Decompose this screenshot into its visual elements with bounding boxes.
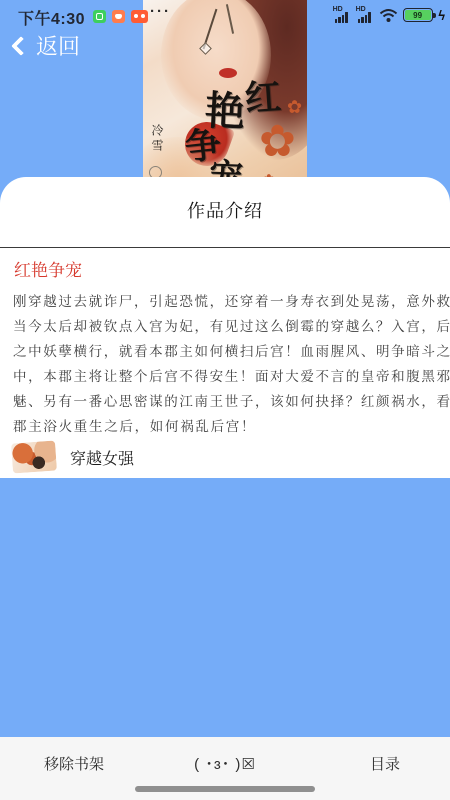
screen: 下午4:30 ··· HD HD 99 bbox=[0, 0, 450, 800]
clock: 下午4:30 bbox=[18, 6, 85, 29]
genre-tag-label: 穿越女强 bbox=[70, 446, 134, 469]
cover-author-name: 冷雪 bbox=[149, 124, 166, 154]
bottom-action-bar: 移除书架 ( ･ɜ･ )☒ 目录 bbox=[0, 737, 450, 800]
cover-title-char: 红 bbox=[244, 79, 282, 117]
battery-icon: 99 bbox=[403, 8, 433, 22]
notification-app-icon-orange bbox=[112, 10, 125, 23]
cover-flower-icon: ✿ bbox=[259, 120, 296, 164]
signal-strength-icon-sim1: HD bbox=[333, 6, 351, 24]
status-bar: 下午4:30 ··· HD HD 99 bbox=[0, 0, 450, 30]
charging-bolt-icon: ϟ bbox=[438, 8, 445, 22]
notification-app-icon-red bbox=[131, 10, 148, 23]
book-title: 红艳争宠 bbox=[14, 256, 82, 281]
back-button-label: 返回 bbox=[36, 30, 80, 61]
divider bbox=[0, 247, 450, 248]
signal-strength-icon-sim2: HD bbox=[356, 6, 374, 24]
table-of-contents-button[interactable]: 目录 bbox=[370, 753, 400, 774]
book-description: 刚穿越过去就诈尸，引起恐慌，还穿着一身寿衣到处晃荡，意外救 当今太后却被钦点入宫… bbox=[13, 289, 450, 439]
card-title: 作品介绍 bbox=[0, 177, 450, 223]
wifi-icon bbox=[379, 8, 398, 23]
description-line: 当今太后却被钦点入宫为妃，有见过这么倒霉的穿越么？入宫，后 bbox=[13, 314, 450, 339]
notification-app-icon-green bbox=[93, 10, 106, 23]
cover-flower-icon: ✿ bbox=[287, 98, 302, 116]
status-bar-right: HD HD 99 ϟ bbox=[333, 5, 445, 25]
description-line: 中，本郡主将让整个后宫不得安生！面对大爱不言的皇帝和腹黑邪 bbox=[13, 364, 450, 389]
description-line: 魅、另有一番心思密谋的江南王世子，该如何抉择？红颜祸水，看 bbox=[13, 389, 450, 414]
genre-tag-thumbnail bbox=[11, 441, 57, 474]
description-line: 郡主浴火重生之后，如何祸乱后宫！ bbox=[13, 414, 450, 439]
description-line: 刚穿越过去就诈尸，引起恐慌，还穿着一身寿衣到处晃荡，意外救 bbox=[13, 289, 450, 314]
intro-card: 作品介绍 红艳争宠 刚穿越过去就诈尸，引起恐慌，还穿着一身寿衣到处晃荡，意外救 … bbox=[0, 177, 450, 478]
back-button[interactable]: 返回 bbox=[14, 30, 80, 61]
genre-tag-row: 穿越女强 bbox=[12, 442, 134, 472]
chevron-left-icon bbox=[11, 36, 31, 56]
more-notifications-dots: ··· bbox=[150, 3, 171, 20]
home-indicator-handle[interactable] bbox=[135, 786, 315, 792]
description-line: 之中妖孽横行，就看本郡主如何横扫后宫！血雨腥风、明争暗斗之 bbox=[13, 339, 450, 364]
